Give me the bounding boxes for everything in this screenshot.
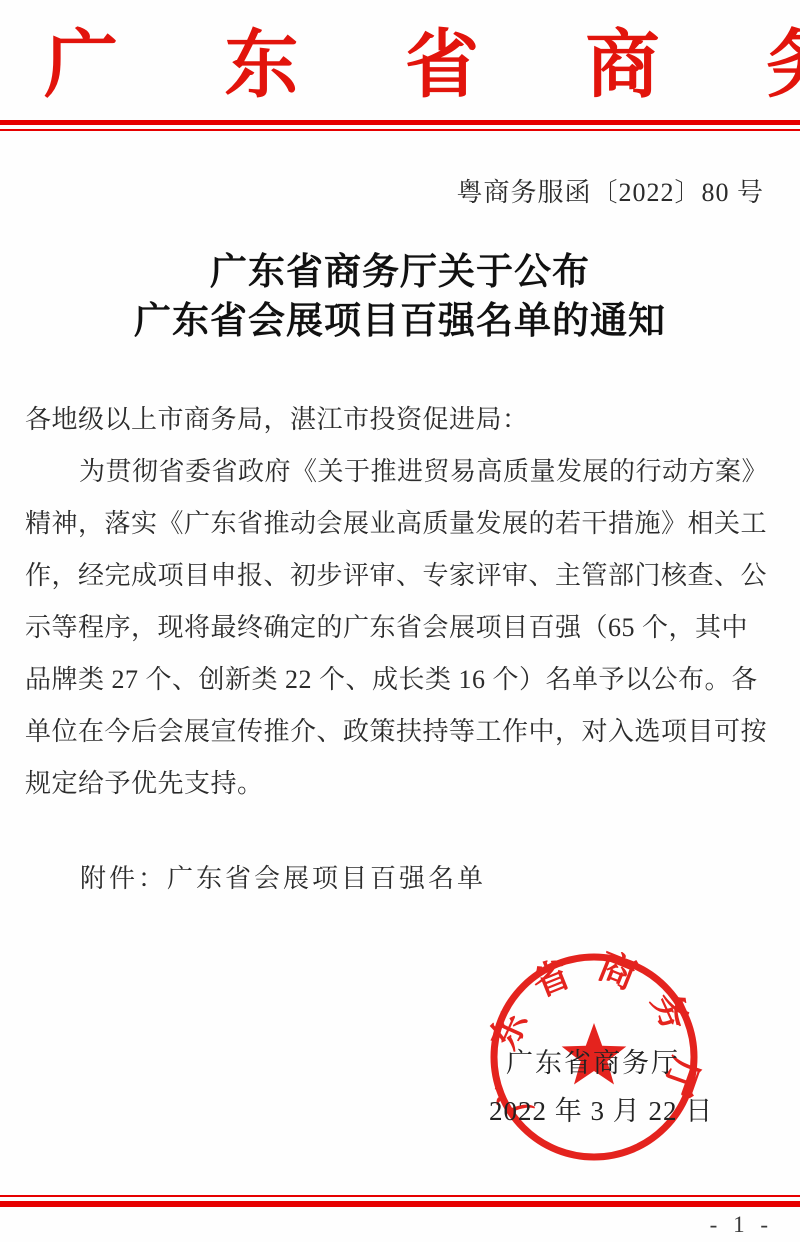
header-rule-thick [0,120,800,125]
header-rule-thin [0,129,800,131]
paragraph-line: 规定给予优先支持。 [25,758,777,810]
signature-date: 2022 年 3 月 22 日 [489,1089,713,1128]
official-notice-document: 广 东 省 商 务 厅 粤商务服函〔2022〕80 号 广东省商务厅关于公布 广… [0,0,800,1242]
paragraph-line: 作，经完成项目申报、初步评审、专家评审、主管部门核查、公 [25,550,777,602]
paragraph-line: 单位在今后会展宣传推介、政策扶持等工作中，对入选项目可按 [25,706,777,758]
attachment-line: 附件：广东省会展项目百强名单 [25,853,486,905]
notice-title-line1: 广东省商务厅关于公布 [0,241,800,295]
salutation-line: 各地级以上市商务局，湛江市投资促进局： [25,394,777,446]
footer-rule-thick [0,1201,800,1207]
paragraph-line: 精神，落实《广东省推动会展业高质量发展的若干措施》相关工 [25,498,777,550]
document-number: 粤商务服函〔2022〕80 号 [456,172,764,209]
footer-rule-thin [0,1195,800,1197]
paragraph-line: 为贯彻省委省政府《关于推进贸易高质量发展的行动方案》 [25,446,777,498]
paragraph-line: 品牌类 27 个、创新类 22 个、成长类 16 个）名单予以公布。各 [25,654,777,706]
agency-masthead: 广 东 省 商 务 厅 [0,6,800,112]
notice-body: 各地级以上市商务局，湛江市投资促进局： 为贯彻省委省政府《关于推进贸易高质量发展… [25,394,777,810]
paragraph-line: 示等程序，现将最终确定的广东省会展项目百强（65 个，其中 [25,602,777,654]
signature-agency: 广东省商务厅 [506,1041,680,1080]
page-number: - 1 - [710,1212,773,1238]
notice-title-line2: 广东省会展项目百强名单的通知 [0,290,800,344]
